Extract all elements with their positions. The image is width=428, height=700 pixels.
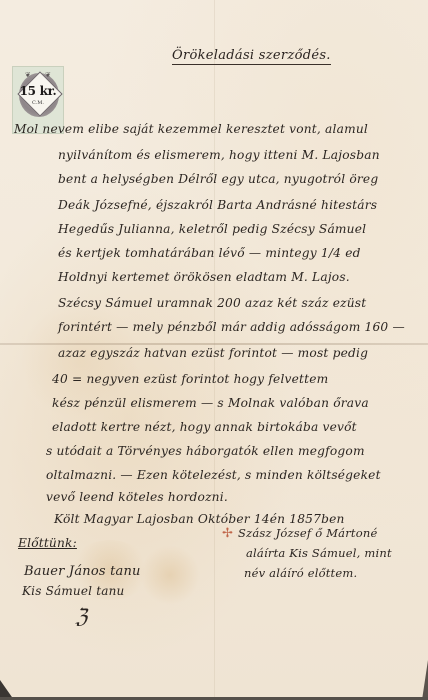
- body-line: kész pénzül elismerem — s Molnak valóban…: [52, 396, 369, 410]
- body-line: oltalmazni. — Ezen kötelezést, s minden …: [46, 468, 381, 482]
- body-line: Holdnyi kertemet örökösen eladtam M. Laj…: [58, 270, 350, 284]
- stamp-ornament-icon: ❦: [25, 71, 31, 79]
- body-line: Deák Józsefné, éjszakról Barta Andrásné …: [58, 198, 377, 212]
- body-line: nyilvánítom és elismerem, hogy itteni M.…: [58, 148, 380, 162]
- witness-mark: ℨ: [75, 604, 87, 628]
- body-line: azaz egyszáz hatvan ezüst forintot — mos…: [58, 346, 368, 360]
- body-line: bent a helységben Délről egy utca, nyugo…: [58, 172, 378, 186]
- date-line: Költ Magyar Lajosban Október 14én 1857be…: [54, 512, 345, 526]
- stamp-unit: C.M.: [13, 100, 63, 106]
- stamp-ornament-icon: ❦: [45, 71, 51, 79]
- document-title: Örökeladási szerződés.: [172, 48, 331, 65]
- body-line: s utódait a Törvényes háborgatók ellen m…: [46, 444, 365, 458]
- paper-stain: [140, 545, 200, 605]
- body-line: Mol nevem elibe saját kezemmel keresztet…: [14, 122, 368, 136]
- torn-corner: [422, 660, 428, 700]
- witness-signature: Bauer János tanu: [24, 564, 141, 579]
- stamp-value: 15 kr.: [13, 84, 63, 98]
- body-line: eladott kertre nézt, hogy annak birtokáb…: [52, 420, 357, 434]
- cross-mark-icon: ✢: [222, 526, 233, 541]
- witness-signature: Kis Sámuel tanu: [22, 584, 124, 598]
- body-line: és kertjek tomhatárában lévő — mintegy 1…: [58, 246, 361, 260]
- body-line: Hegedűs Julianna, keletről pedig Szécsy …: [58, 222, 366, 236]
- body-line: Szécsy Sámuel uramnak 200 azaz két száz …: [58, 296, 366, 310]
- signature-note-line: aláírta Kis Sámuel, mint: [246, 546, 392, 560]
- signature-note-line: név aláíró előttem.: [244, 566, 357, 580]
- witnesses-label: Előttünk:: [18, 536, 77, 550]
- document-page: ❦ ❦ 15 kr. C.M. Örökeladási szerződés. M…: [0, 0, 428, 700]
- body-line: vevő leend köteles hordozni.: [46, 490, 228, 504]
- body-line: 40 = negyven ezüst forintot hogy felvett…: [52, 372, 328, 386]
- signature-note-line: Szász József ő Mártoné: [238, 526, 378, 540]
- body-line: forintért — mely pénzből már addig adóss…: [58, 320, 405, 334]
